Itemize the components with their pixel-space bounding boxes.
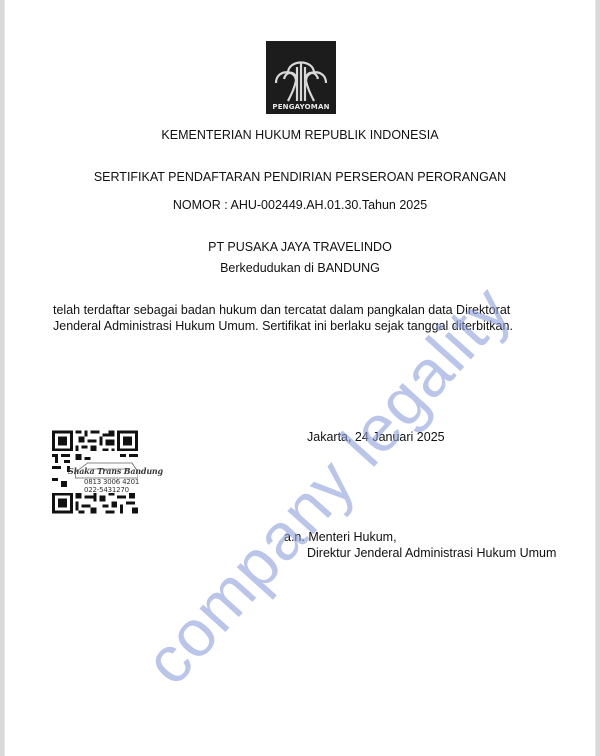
stamp-agency-name: Shaka Trans Bandung [68, 466, 163, 476]
stamp-phone-mobile: 0813 3006 4201 [84, 478, 139, 486]
travel-agency-stamp: Shaka Trans Bandung 0813 3006 4201 022-5… [62, 462, 150, 496]
ministry-heading: KEMENTERIAN HUKUM REPUBLIK INDONESIA [4, 128, 596, 142]
pengayoman-logo: PENGAYOMAN [266, 41, 336, 114]
certificate-title: SERTIFIKAT PENDAFTARAN PENDIRIAN PERSERO… [4, 170, 596, 184]
company-name: PT PUSAKA JAYA TRAVELINDO [4, 240, 596, 254]
certificate-page: PENGAYOMAN KEMENTERIAN HUKUM REPUBLIK IN… [4, 0, 596, 756]
company-domicile: Berkedudukan di BANDUNG [4, 261, 596, 275]
stamp-phone-office: 022-5431270 [84, 486, 129, 494]
certificate-number: NOMOR : AHU-002449.AH.01.30.Tahun 2025 [4, 198, 596, 212]
certificate-body: telah terdaftar sebagai badan hukum dan … [53, 302, 553, 334]
place-and-date: Jakarta, 24 Januari 2025 [307, 430, 445, 444]
signatory-on-behalf: a.n. Menteri Hukum, [284, 530, 397, 544]
signatory-official: Direktur Jenderal Administrasi Hukum Umu… [307, 546, 556, 560]
qr-code-stamp: Shaka Trans Bandung 0813 3006 4201 022-5… [52, 430, 138, 514]
logo-label: PENGAYOMAN [266, 103, 336, 111]
